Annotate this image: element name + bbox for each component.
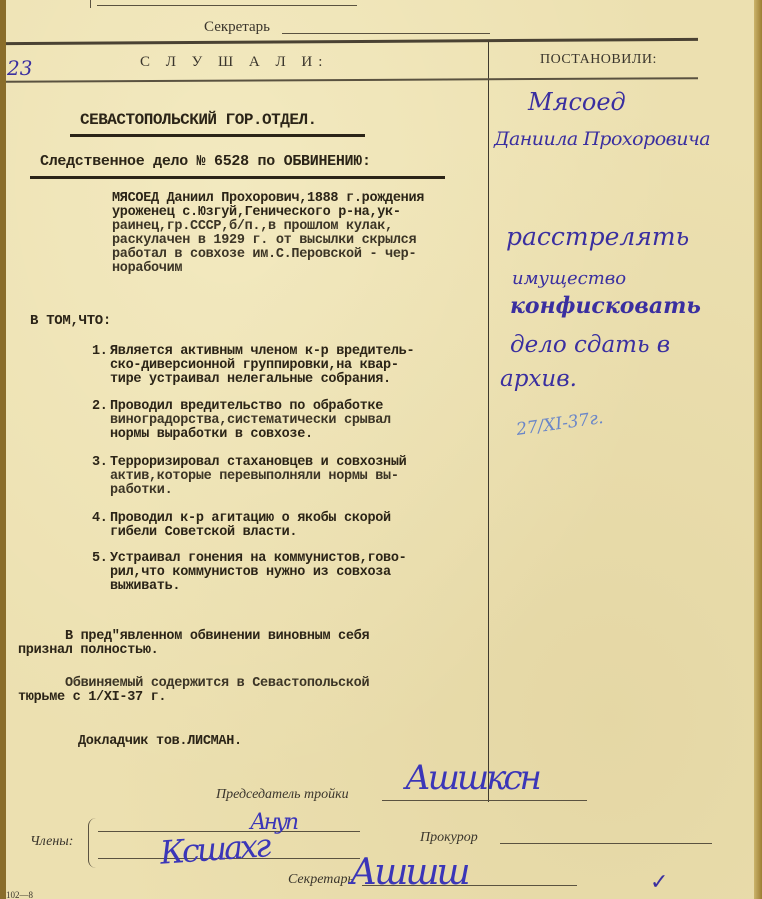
members-label: Члены:: [30, 834, 73, 850]
secretary-label: Секретарь: [288, 872, 354, 888]
previous-form-bracket: [90, 0, 91, 8]
charge-line: виноградорства,систематически срывал: [110, 414, 391, 428]
checkmark: ✓: [650, 870, 668, 895]
accused-line: работал в совхозе им.С.Перовской - чер-: [112, 248, 424, 262]
charge-item-5: 5. Устраивал гонения на коммунистов,гово…: [92, 552, 406, 594]
prosecutor-label: Прокурор: [420, 830, 478, 846]
charge-number: 1.: [92, 345, 108, 359]
decision-date: 27/XI-37г.: [515, 408, 604, 440]
header-top-rule: [6, 38, 698, 45]
decision-confiscate: конфисковать: [510, 293, 701, 319]
charge-line: работки.: [110, 484, 406, 498]
decision-verdict: расстрелять: [506, 222, 689, 251]
charge-line: Проводил к-р агитацию о якобы скорой: [110, 512, 391, 526]
heard-column-header: С Л У Ш А Л И:: [140, 54, 328, 71]
decision-archive-2: архив.: [500, 366, 577, 392]
charge-line: актив,которые перевыполняли нормы вы-: [110, 470, 406, 484]
case-title-underline: [30, 176, 445, 179]
decision-property: имущество: [512, 268, 626, 289]
charge-line: Является активным членом к-р вредитель-: [110, 345, 414, 359]
decided-column-header: ПОСТАНОВИЛИ:: [540, 52, 657, 68]
custody-block: Обвиняемый содержится в Севастопольской …: [18, 677, 369, 705]
accused-line: раинец,гр.СССР,б/п.,в прошлом кулак,: [112, 220, 424, 234]
charge-item-2: 2. Проводил вредительство по обработке в…: [92, 400, 391, 442]
charge-line: рил,что коммунистов нужно из совхоза: [110, 566, 406, 580]
top-secretary-line: [282, 33, 490, 34]
chairman-label: Председатель тройки: [216, 787, 349, 803]
charge-line: Проводил вредительство по обработке: [110, 400, 391, 414]
charge-line: Терроризировал стахановцев и совхозный: [110, 456, 406, 470]
charge-line: ско-диверсионной группировки,на квар-: [110, 359, 414, 373]
charge-number: 5.: [92, 552, 108, 566]
confession-line: признал полностью.: [18, 644, 369, 658]
department-heading: СЕВАСТОПОЛЬСКИЙ ГОР.ОТДЕЛ.: [80, 113, 317, 127]
custody-line: Обвиняемый содержится в Севастопольской: [65, 677, 369, 691]
charge-line: Устраивал гонения на коммунистов,гово-: [110, 552, 406, 566]
paper-left-edge: [0, 0, 6, 899]
charge-line: гибели Советской власти.: [110, 526, 391, 540]
form-code: 102—8: [6, 890, 33, 899]
accused-block: МЯСОЕД Даниил Прохорович,1888 г.рождения…: [112, 192, 424, 276]
prosecutor-signature-line: [500, 843, 712, 844]
confession-line: В пред"явленном обвинении виновным себя: [65, 630, 369, 644]
charges-intro: В ТОМ,ЧТО:: [30, 314, 111, 328]
chairman-signature: Ашшксн: [405, 758, 539, 798]
custody-line: тюрьме с 1/XI-37 г.: [18, 691, 369, 705]
charge-item-4: 4. Проводил к-р агитацию о якобы скорой …: [92, 512, 391, 540]
confession-block: В пред"явленном обвинении виновным себя …: [18, 630, 369, 658]
accused-line: МЯСОЕД Даниил Прохорович,1888 г.рождения: [112, 192, 424, 206]
page-number-handwritten: 23: [7, 56, 32, 80]
charge-number: 3.: [92, 456, 108, 470]
member2-signature: Ксшахг: [159, 826, 270, 871]
charge-line: тире устраивал нелегальные собрания.: [110, 373, 414, 387]
accused-line: раскулачен в 1929 г. от высылки скрылся: [112, 234, 424, 248]
header-bottom-rule: [6, 77, 698, 83]
charge-item-1: 1. Является активным членом к-р вредител…: [92, 345, 414, 387]
charge-number: 2.: [92, 400, 108, 414]
previous-form-line: [97, 5, 357, 6]
members-brace: [88, 818, 97, 868]
charge-line: выживать.: [110, 580, 406, 594]
column-divider: [488, 42, 489, 802]
decision-name-surname: Мясоед: [528, 88, 626, 116]
reporter-line: Докладчик тов.ЛИСМАН.: [78, 735, 242, 749]
department-underline: [70, 134, 365, 137]
charge-line: нормы выработки в совхозе.: [110, 428, 391, 442]
case-title: Следственное дело № 6528 по ОБВИНЕНИЮ:: [40, 155, 371, 169]
chairman-signature-line: [382, 800, 587, 801]
secretary-signature: Ашшш: [350, 852, 468, 893]
paper-right-edge: [754, 0, 762, 899]
charge-number: 4.: [92, 512, 108, 526]
decision-archive-1: дело сдать в: [510, 332, 670, 358]
accused-line: уроженец с.Юзгуй,Генического р-на,ук-: [112, 206, 424, 220]
decision-name-given: Даниила Прохоровича: [494, 128, 710, 150]
top-secretary-label: Секретарь: [204, 19, 270, 36]
accused-line: норабочим: [112, 262, 424, 276]
charge-item-3: 3. Терроризировал стахановцев и совхозны…: [92, 456, 406, 498]
